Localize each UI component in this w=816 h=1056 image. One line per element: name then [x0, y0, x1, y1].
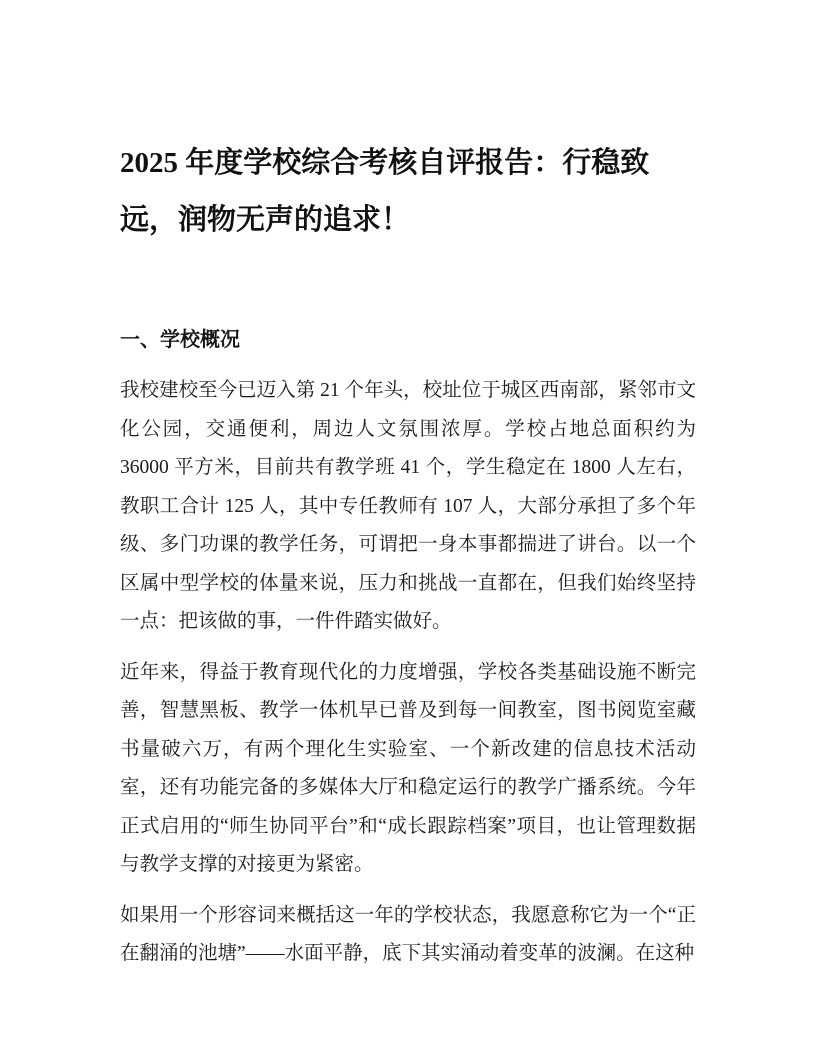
document-title-line-1: 2025 年度学校综合考核自评报告：行稳致 [120, 135, 696, 192]
document-title: 2025 年度学校综合考核自评报告：行稳致 远，润物无声的追求！ [120, 135, 696, 249]
paragraph-school-state-metaphor: 如果用一个形容词来概括这一年的学校状态，我愿意称它为一个“正在翻涌的池塘”——水… [120, 897, 696, 974]
paragraph-school-basic-facts: 我校建校至今已迈入第 21 个年头，校址位于城区西南部，紧邻市文化公园，交通便利… [120, 372, 696, 642]
section-heading-school-overview: 一、学校概况 [120, 325, 696, 355]
document-page: 2025 年度学校综合考核自评报告：行稳致 远，润物无声的追求！ 一、学校概况 … [0, 0, 816, 1056]
paragraph-facilities: 近年来，得益于教育现代化的力度增强，学校各类基础设施不断完善，智慧黑板、教学一体… [120, 654, 696, 885]
document-title-line-2: 远，润物无声的追求！ [120, 192, 696, 249]
